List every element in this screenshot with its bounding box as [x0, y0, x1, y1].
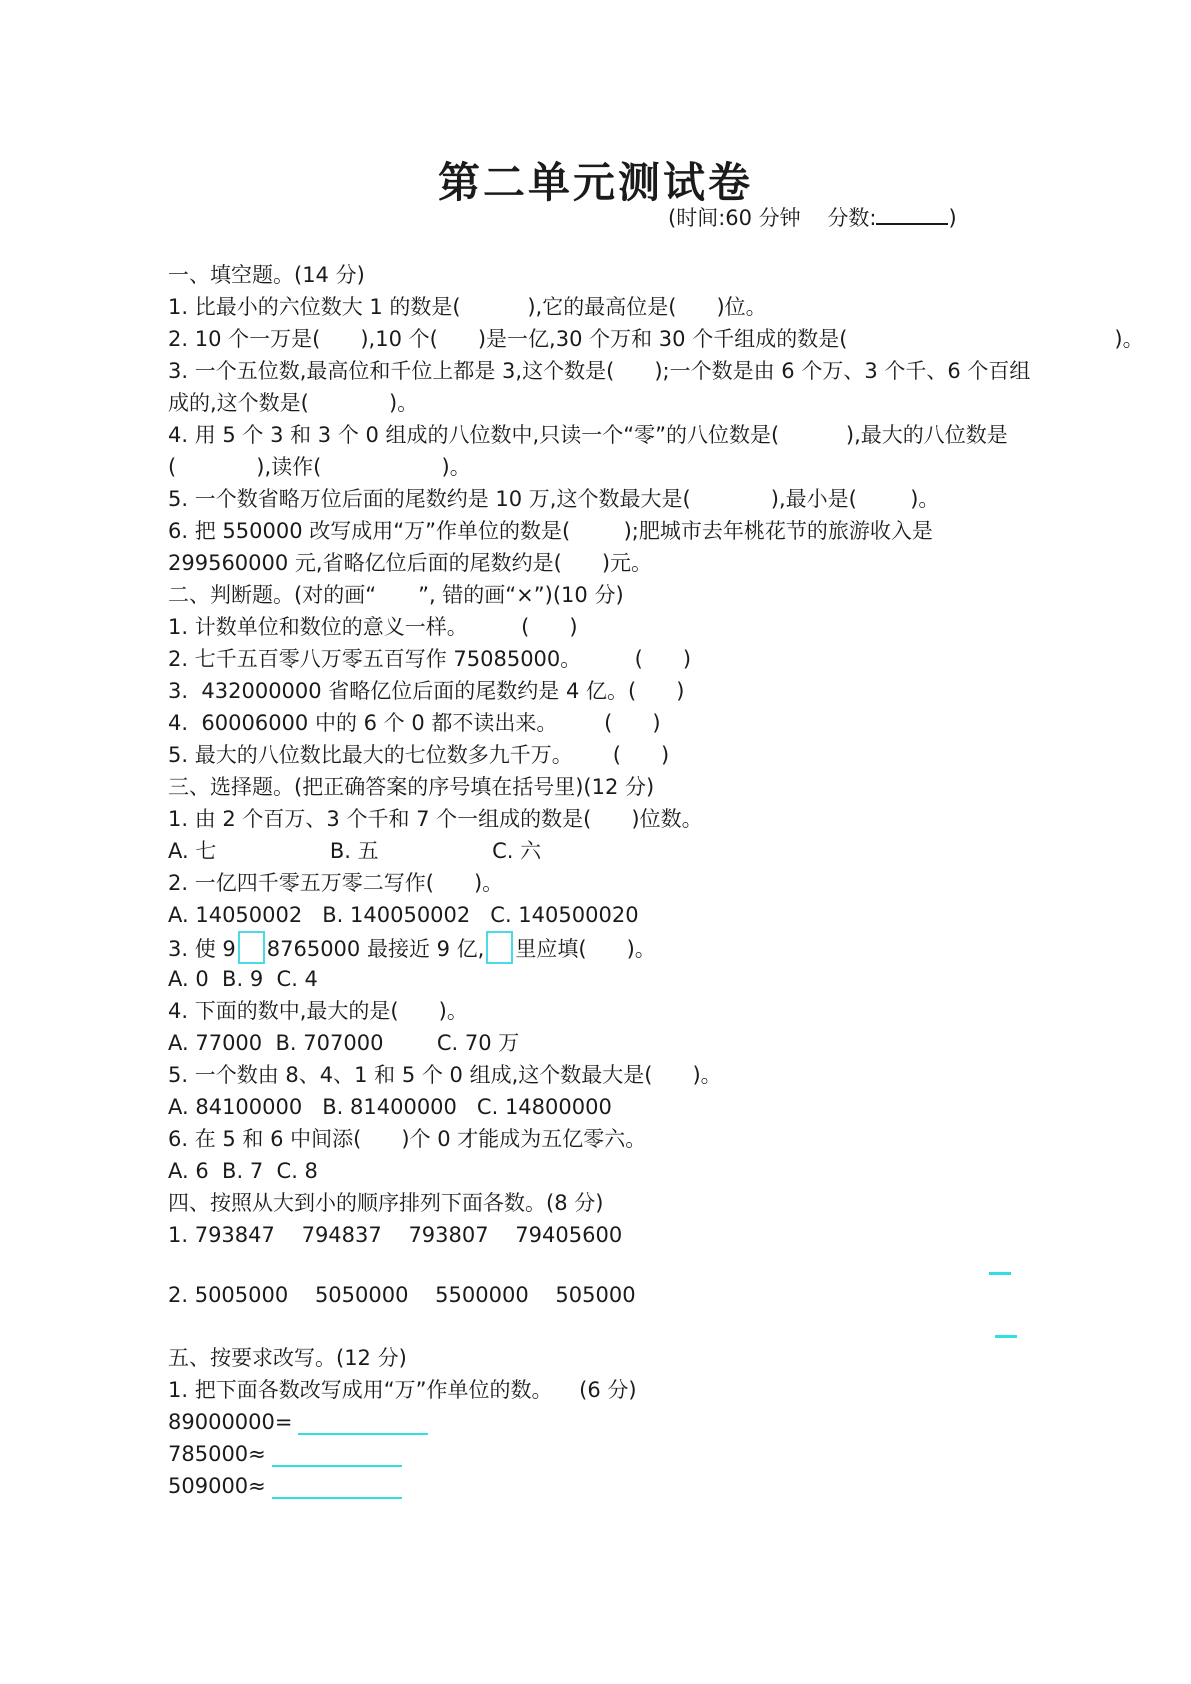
s3-q4: 4. 下面的数中,最大的是( )。	[168, 995, 1038, 1027]
meta-close-paren: )	[948, 206, 956, 230]
s1-q3-line1: 3. 一个五位数,最高位和千位上都是 3,这个数是( );一个数是由 6 个万、…	[168, 355, 1038, 387]
score-blank-line	[876, 207, 948, 225]
s1-q5: 5. 一个数省略万位后面的尾数约是 10 万,这个数最大是( ),最小是( )。	[168, 483, 1038, 515]
meta-time-score-label: (时间:60 分钟 分数:	[668, 206, 876, 230]
answer-space-1	[168, 1251, 1038, 1279]
s3-q1: 1. 由 2 个百万、3 个千和 7 个一组成的数是( )位数。	[168, 803, 1038, 835]
answer-mark-dash-2	[995, 1335, 1017, 1338]
fill-box-2	[486, 931, 513, 964]
rewrite-label-1: 89000000=	[168, 1410, 292, 1434]
answer-mark-dash-1	[989, 1272, 1011, 1275]
s4-row2: 2. 5005000 5050000 5500000 505000	[168, 1279, 1038, 1311]
s3-q1-options: A. 七 B. 五 C. 六	[168, 835, 1038, 867]
s3-q3-part1: 3. 使 9	[168, 937, 236, 961]
s3-q3-part2: 8765000 最接近 9 亿,	[267, 937, 485, 961]
s5-rewrite-row-3: 509000≈	[168, 1470, 1038, 1502]
s3-q3: 3. 使 98765000 最接近 9 亿,里应填( )。	[168, 931, 1038, 963]
answer-blank-2	[272, 1447, 402, 1467]
s3-q2: 2. 一亿四千零五万零二写作( )。	[168, 867, 1038, 899]
s3-q3-options: A. 0 B. 9 C. 4	[168, 963, 1038, 995]
answer-space-2	[168, 1311, 1038, 1342]
s1-q6-line1: 6. 把 550000 改写成用“万”作单位的数是( );肥城市去年桃花节的旅游…	[168, 515, 1038, 547]
s3-q5: 5. 一个数由 8、4、1 和 5 个 0 组成,这个数最大是( )。	[168, 1059, 1038, 1091]
fill-box-1	[238, 931, 265, 964]
s1-q4-line1: 4. 用 5 个 3 和 3 个 0 组成的八位数中,只读一个“零”的八位数是(…	[168, 419, 1038, 451]
s2-q2: 2. 七千五百零八万零五百写作 75085000。 ( )	[168, 643, 1038, 675]
s1-q2: 2. 10 个一万是( ),10 个( )是一亿,30 个万和 30 个千组成的…	[168, 323, 1038, 355]
s5-rewrite-row-2: 785000≈	[168, 1438, 1038, 1470]
s3-q3-part3: 里应填( )。	[515, 937, 655, 961]
s3-q5-options: A. 84100000 B. 81400000 C. 14800000	[168, 1091, 1038, 1123]
s1-q3-line2: 成的,这个数是( )。	[168, 387, 1038, 419]
s3-q4-options: A. 77000 B. 707000 C. 70 万	[168, 1027, 1038, 1059]
rewrite-label-2: 785000≈	[168, 1442, 266, 1466]
s3-q6: 6. 在 5 和 6 中间添( )个 0 才能成为五亿零六。	[168, 1123, 1038, 1155]
paper-meta: (时间:60 分钟 分数:)	[668, 202, 957, 232]
s2-q5: 5. 最大的八位数比最大的七位数多九千万。 ( )	[168, 739, 1038, 771]
s3-q2-options: A. 14050002 B. 140050002 C. 140500020	[168, 899, 1038, 931]
s2-q1: 1. 计数单位和数位的意义一样。 ( )	[168, 611, 1038, 643]
page-title: 第二单元测试卷	[0, 150, 1191, 210]
s2-q3: 3. 432000000 省略亿位后面的尾数约是 4 亿。( )	[168, 675, 1038, 707]
s1-q4-line2: ( ),读作( )。	[168, 451, 1038, 483]
s3-q6-options: A. 6 B. 7 C. 8	[168, 1155, 1038, 1187]
section3-heading: 三、选择题。(把正确答案的序号填在括号里)(12 分)	[168, 771, 1038, 803]
s5-rewrite-row-1: 89000000=	[168, 1406, 1038, 1438]
section1-heading: 一、填空题。(14 分)	[168, 259, 1038, 291]
section4-heading: 四、按照从大到小的顺序排列下面各数。(8 分)	[168, 1187, 1038, 1219]
s4-row1: 1. 793847 794837 793807 79405600	[168, 1219, 1038, 1251]
s1-q1: 1. 比最小的六位数大 1 的数是( ),它的最高位是( )位。	[168, 291, 1038, 323]
answer-blank-3	[272, 1479, 402, 1499]
s2-q4: 4. 60006000 中的 6 个 0 都不读出来。 ( )	[168, 707, 1038, 739]
section5-heading: 五、按要求改写。(12 分)	[168, 1342, 1038, 1374]
test-body: 一、填空题。(14 分) 1. 比最小的六位数大 1 的数是( ),它的最高位是…	[168, 259, 1038, 1502]
s1-q6-line2: 299560000 元,省略亿位后面的尾数约是( )元。	[168, 547, 1038, 579]
answer-blank-1	[298, 1415, 428, 1435]
section2-heading: 二、判断题。(对的画“ ”, 错的画“×”)(10 分)	[168, 579, 1038, 611]
rewrite-label-3: 509000≈	[168, 1474, 266, 1498]
s5-intro: 1. 把下面各数改写成用“万”作单位的数。 (6 分)	[168, 1374, 1038, 1406]
